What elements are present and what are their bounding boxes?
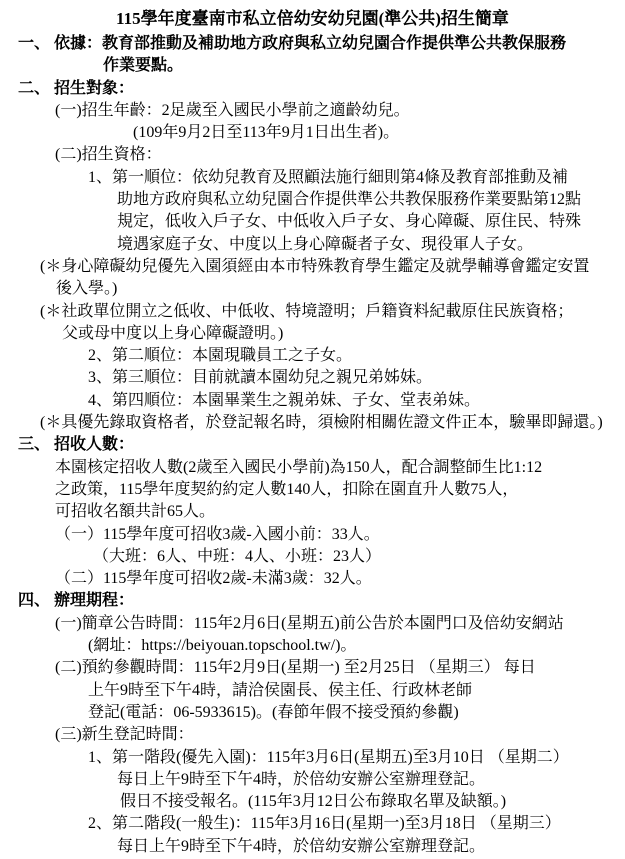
enrollment-brochure-document: 115學年度臺南市私立倍幼安幼兒園(準公共)招生簡章 一、 依據：教育部推動及補… (0, 0, 625, 858)
doc-line: 2、第二階段(一般生)：115年3月16日(星期一)至3月18日 （星期三） (0, 813, 625, 835)
doc-line: 1、第一階段(優先入園)：115年3月6日(星期五)至3月10日 （星期二） (0, 747, 625, 769)
doc-line: 助地方政府與私立幼兒園合作提供準公共教保服務作業要點第12點 (0, 189, 625, 211)
doc-line: 本園核定招收人數(2歲至入國民小學前)為150人，配合調整師生比1:12 (0, 457, 625, 479)
doc-line-note: (＊具優先錄取資格者，於登記報名時，須檢附相關佐證文件正本，驗畢即歸還。) (0, 412, 625, 434)
doc-line: (一)簡章公告時間：115年2月6日(星期五)前公告於本園門口及倍幼安網站 (0, 613, 625, 635)
doc-line-note: (＊社政單位開立之低收、中低收、特境證明；戶籍資料紀載原住民族資格； (0, 301, 625, 323)
doc-line: 4、第四順位：本園畢業生之親弟妹、子女、堂表弟妹。 (0, 390, 625, 412)
section-3-quota-heading: 三、 招收人數： (0, 434, 625, 456)
section-2-targets-heading: 二、 招生對象： (0, 78, 625, 100)
doc-line: (二)招生資格： (0, 144, 625, 166)
doc-line: 假日不接受報名。(115年3月12日公布錄取名單及缺額。) (0, 791, 625, 813)
doc-line-phone: 登記(電話：06-5933615)。(春節年假不接受預約參觀) (0, 702, 625, 724)
doc-line: (109年9月2日至113年9月1日出生者)。 (0, 122, 625, 144)
doc-line: 3、第三順位：目前就讀本園幼兒之親兄弟姊妹。 (0, 367, 625, 389)
doc-line-note: 後入學。) (0, 278, 625, 300)
doc-line: 1、第一順位：依幼兒教育及照顧法施行細則第4條及教育部推動及補 (0, 167, 625, 189)
doc-line: 2、第二順位：本園現職員工之子女。 (0, 345, 625, 367)
doc-line: （大班：6人、中班：4人、小班：23人） (0, 546, 625, 568)
doc-line: 上午9時至下午4時，請洽侯園長、侯主任、行政林老師 (0, 680, 625, 702)
doc-line-website-url: (網址：https://beiyouan.topschool.tw/)。 (0, 635, 625, 657)
doc-line: 每日上午9時至下午4時，於倍幼安辦公室辦理登記。 (0, 836, 625, 858)
doc-line: 作業要點。 (0, 55, 625, 77)
page-title: 115學年度臺南市私立倍幼安幼兒園(準公共)招生簡章 (0, 5, 625, 33)
doc-line: （二）115學年度可招收2歲-未滿3歲：32人。 (0, 568, 625, 590)
doc-line: 境遇家庭子女、中度以上身心障礙者子女、現役軍人子女。 (0, 234, 625, 256)
section-1-basis-heading: 一、 依據：教育部推動及補助地方政府與私立幼兒園合作提供準公共教保服務 (0, 33, 625, 55)
doc-line: 之政策，115學年度契約約定人數140人，扣除在園直升人數75人， (0, 479, 625, 501)
section-4-schedule-heading: 四、 辦理期程： (0, 590, 625, 612)
doc-line: (三)新生登記時間： (0, 724, 625, 746)
doc-line: (一)招生年齡：2足歲至入國民小學前之適齡幼兒。 (0, 100, 625, 122)
doc-line: 每日上午9時至下午4時，於倍幼安辦公室辦理登記。 (0, 769, 625, 791)
doc-line: 可招收名額共計65人。 (0, 501, 625, 523)
doc-line: （一）115學年度可招收3歲-入國小前：33人。 (0, 524, 625, 546)
doc-line: (二)預約參觀時間：115年2月9日(星期一) 至2月25日 （星期三） 每日 (0, 657, 625, 679)
doc-line-note: (＊身心障礙幼兒優先入園須經由本市特殊教育學生鑑定及就學輔導會鑑定安置 (0, 256, 625, 278)
doc-line-note: 父或母中度以上身心障礙證明。) (0, 323, 625, 345)
doc-line: 規定，低收入戶子女、中低收入戶子女、身心障礙、原住民、特殊 (0, 211, 625, 233)
